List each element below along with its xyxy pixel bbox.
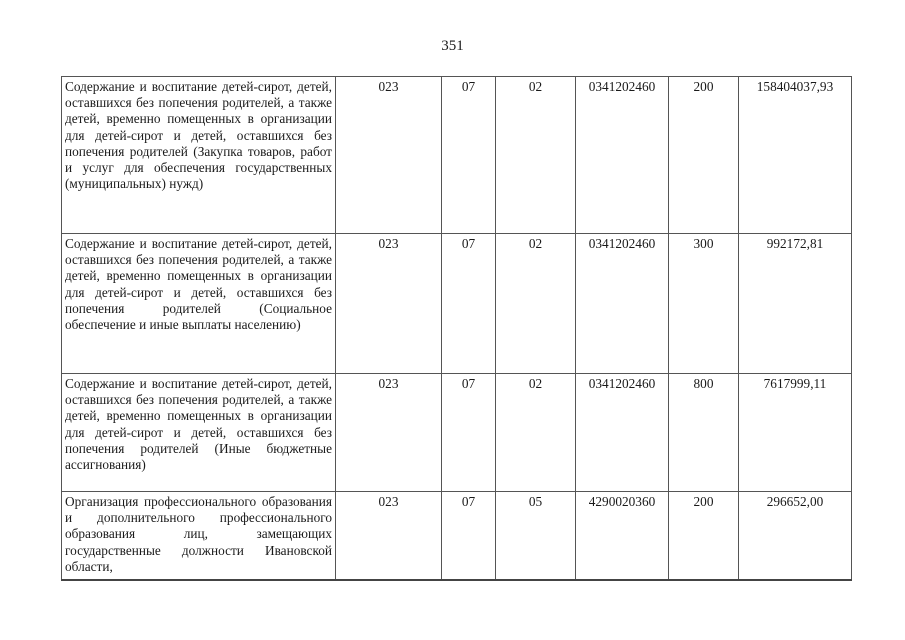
expense-type-code: 800 — [669, 374, 739, 492]
subsection-code: 02 — [496, 234, 576, 374]
target-article-code: 4290020360 — [576, 492, 669, 580]
table-row: Содержание и воспитание детей-сирот, дет… — [62, 234, 852, 374]
section-code: 07 — [442, 374, 496, 492]
row-description: Содержание и воспитание детей-сирот, дет… — [62, 234, 336, 374]
section-code: 07 — [442, 234, 496, 374]
table-row: Содержание и воспитание детей-сирот, дет… — [62, 77, 852, 234]
amount: 7617999,11 — [739, 374, 852, 492]
target-article-code: 0341202460 — [576, 374, 669, 492]
amount: 158404037,93 — [739, 77, 852, 234]
target-article-code: 0341202460 — [576, 234, 669, 374]
subsection-code: 02 — [496, 77, 576, 234]
section-code: 07 — [442, 492, 496, 580]
ministry-code: 023 — [336, 374, 442, 492]
subsection-code: 05 — [496, 492, 576, 580]
row-description: Содержание и воспитание детей-сирот, дет… — [62, 77, 336, 234]
section-code: 07 — [442, 77, 496, 234]
expense-type-code: 200 — [669, 77, 739, 234]
row-description: Организация профессионального образовани… — [62, 492, 336, 580]
page-number: 351 — [0, 38, 905, 55]
ministry-code: 023 — [336, 492, 442, 580]
expense-type-code: 300 — [669, 234, 739, 374]
expense-type-code: 200 — [669, 492, 739, 580]
row-description: Содержание и воспитание детей-сирот, дет… — [62, 374, 336, 492]
subsection-code: 02 — [496, 374, 576, 492]
table-row: Организация профессионального образовани… — [62, 492, 852, 580]
amount: 992172,81 — [739, 234, 852, 374]
ministry-code: 023 — [336, 77, 442, 234]
amount: 296652,00 — [739, 492, 852, 580]
budget-table: Содержание и воспитание детей-сирот, дет… — [61, 76, 852, 581]
target-article-code: 0341202460 — [576, 77, 669, 234]
table-row: Содержание и воспитание детей-сирот, дет… — [62, 374, 852, 492]
ministry-code: 023 — [336, 234, 442, 374]
